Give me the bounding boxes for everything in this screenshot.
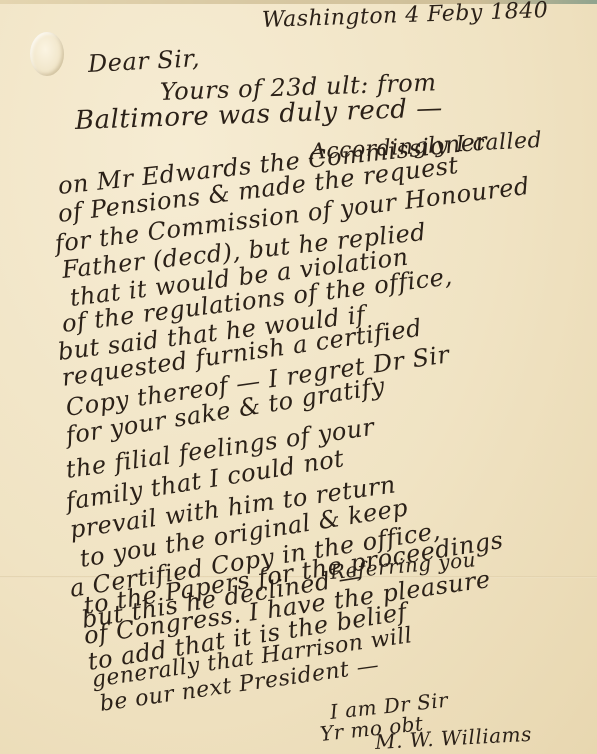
letter-page: Washington 4 Feby 1840 Dear Sir, Yours o… <box>0 0 597 754</box>
body-line: Baltimore was duly recd — <box>74 93 443 136</box>
embossed-seal-icon <box>30 32 64 76</box>
dateline: Washington 4 Feby 1840 <box>262 0 549 33</box>
salutation: Dear Sir, <box>87 44 200 78</box>
